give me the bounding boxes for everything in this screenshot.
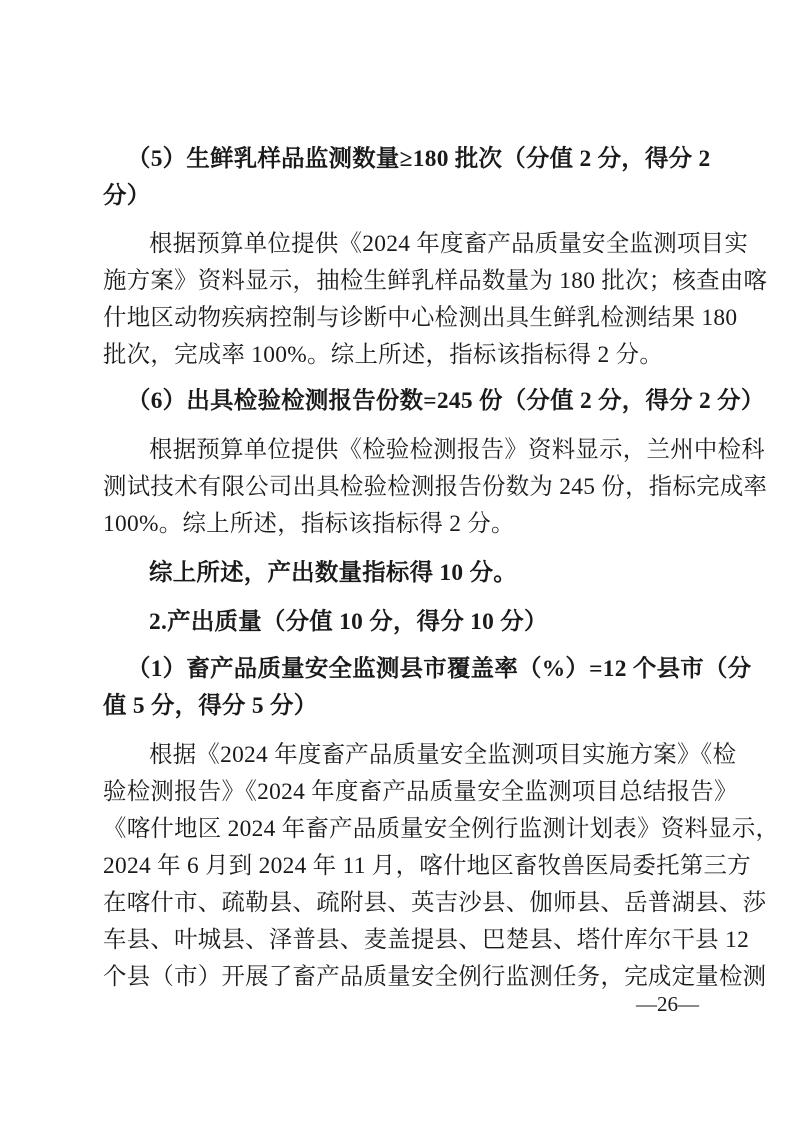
para-5-line-2: 施方案》资料显示，抽检生鲜乳样品数量为 180 批次；核查由喀 <box>103 266 691 296</box>
summary-quantity-line: 综上所述，产出数量指标得 10 分。 <box>149 558 737 588</box>
heading-q1-line-2: 值 5 分，得分 5 分） <box>103 691 691 721</box>
para-q1-line-5: 在喀什市、疏勒县、疏附县、英吉沙县、伽师县、岳普湖县、莎 <box>103 888 691 918</box>
page-number: —26— <box>636 990 699 1018</box>
para-6-line-1: 根据预算单位提供《检验检测报告》资料显示，兰州中检科 <box>149 435 691 465</box>
para-q1-line-1: 根据《2024 年度畜产品质量安全监测项目实施方案》《检 <box>149 740 691 770</box>
para-5-line-1: 根据预算单位提供《2024 年度畜产品质量安全监测项目实 <box>149 229 691 259</box>
heading-5-line-1: （5）生鲜乳样品监测数量≥180 批次（分值 2 分，得分 2 <box>127 144 691 174</box>
para-6-line-3: 100%。综上所述，指标该指标得 2 分。 <box>103 509 691 539</box>
heading-6-line-1: （6）出具检验检测报告份数=245 份（分值 2 分，得分 2 分） <box>127 386 691 416</box>
para-q1-line-3: 《喀什地区 2024 年畜产品质量安全例行监测计划表》资料显示， <box>103 814 691 844</box>
para-q1-line-7: 个县（市）开展了畜产品质量安全例行监测任务，完成定量检测 <box>103 962 691 992</box>
para-q1-line-2: 验检测报告》《2024 年度畜产品质量安全监测项目总结报告》 <box>103 777 691 807</box>
para-5-line-4: 批次，完成率 100%。综上所述，指标该指标得 2 分。 <box>103 340 691 370</box>
para-6-line-2: 测试技术有限公司出具检验检测报告份数为 245 份，指标完成率 <box>103 472 691 502</box>
heading-quality-line: 2.产出质量（分值 10 分，得分 10 分） <box>149 607 737 637</box>
para-q1-line-6: 车县、叶城县、泽普县、麦盖提县、巴楚县、塔什库尔干县 12 <box>103 925 691 955</box>
heading-5-line-2: 分） <box>103 181 691 211</box>
para-5-line-3: 什地区动物疾病控制与诊断中心检测出具生鲜乳检测结果 180 <box>103 303 691 333</box>
heading-q1-line-1: （1）畜产品质量安全监测县市覆盖率（%）=12 个县市（分 <box>127 654 691 684</box>
para-q1-line-4: 2024 年 6 月到 2024 年 11 月，喀什地区畜牧兽医局委托第三方 <box>103 851 691 881</box>
